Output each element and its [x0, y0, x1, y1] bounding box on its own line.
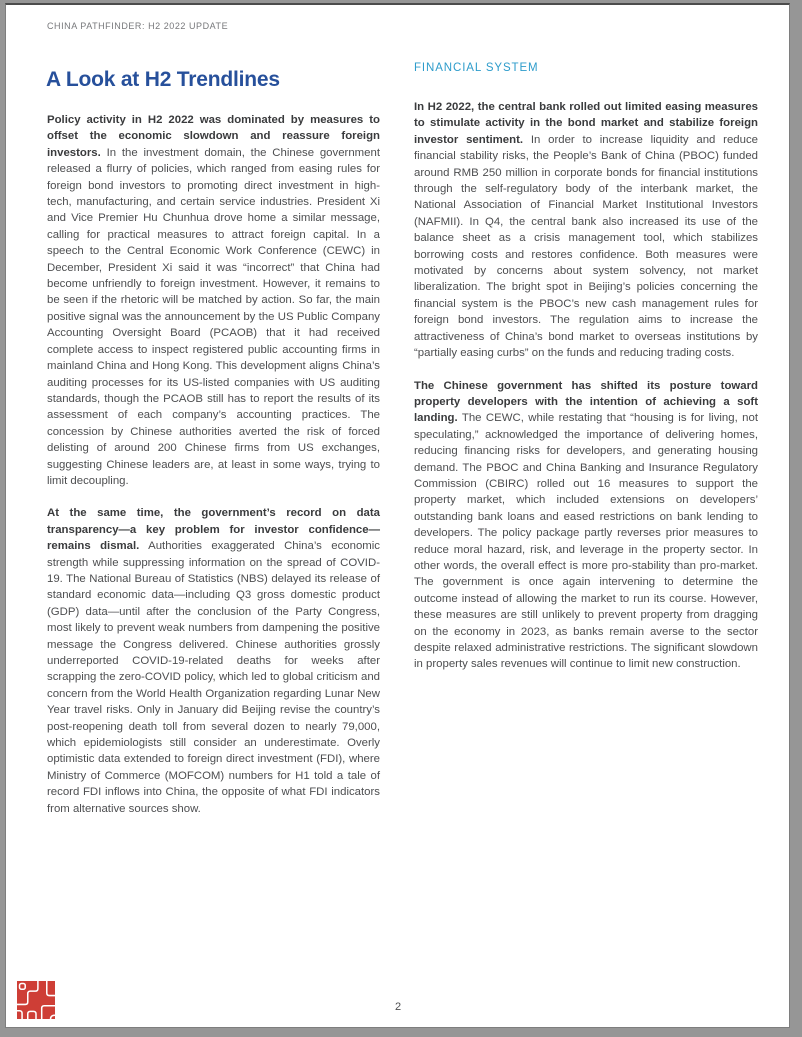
right-column: In H2 2022, the central bank rolled out …: [414, 99, 758, 673]
paragraph-text: The CEWC, while restating that “housing …: [414, 412, 758, 670]
section-heading-financial-system: FINANCIAL SYSTEM: [414, 62, 539, 74]
paragraph-text: In order to increase liquidity and reduc…: [414, 134, 758, 359]
page-number: 2: [0, 1001, 796, 1013]
page-title: A Look at H2 Trendlines: [46, 68, 280, 92]
paragraph-text: In the investment domain, the Chinese go…: [47, 147, 380, 487]
rhodium-maze-logo-icon: [17, 981, 55, 1019]
document-page: { "theme": { "colors": { "title-color": …: [0, 0, 802, 1037]
paragraph: The Chinese government has shifted its p…: [414, 378, 758, 673]
running-header: CHINA PATHFINDER: H2 2022 UPDATE: [47, 21, 228, 31]
paragraph: Policy activity in H2 2022 was dominated…: [47, 112, 380, 489]
left-column: Policy activity in H2 2022 was dominated…: [47, 112, 380, 817]
paragraph: At the same time, the government’s recor…: [47, 505, 380, 817]
paragraph-text: Authorities exaggerated China’s economic…: [47, 540, 380, 815]
paragraph: In H2 2022, the central bank rolled out …: [414, 99, 758, 362]
